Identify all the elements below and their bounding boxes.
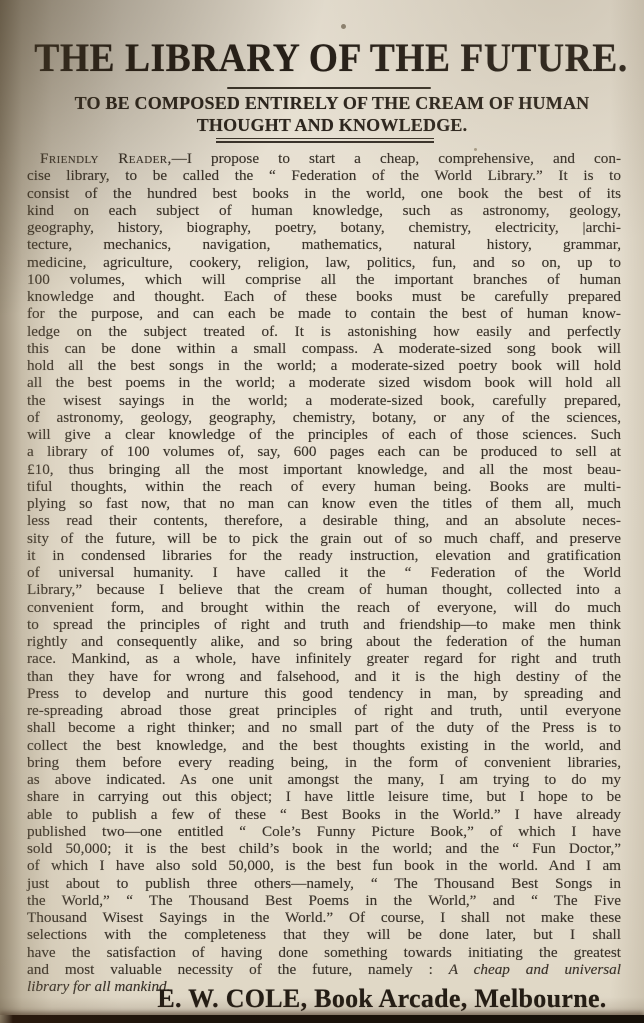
body-line: selections with the completeness that th…: [27, 926, 621, 943]
body-line: Press to develop and nurture this good t…: [27, 685, 621, 702]
body-line: Friendly Reader,—I propose to start a ch…: [27, 150, 621, 167]
body-line: convenient form, and brought within the …: [27, 599, 621, 616]
body-line: geography, history, biography, poetry, b…: [27, 219, 621, 236]
page-title: THE LIBRARY OF THE FUTURE.: [28, 34, 633, 81]
body-line: medicine, agriculture, cookery, religion…: [27, 254, 621, 271]
body-line: £10, thus bringing all the most importan…: [27, 461, 621, 478]
body-line: the World,” “ The Thousand Best Poems in…: [27, 892, 621, 909]
body-line: ledge on the subject treated of. It is a…: [27, 323, 621, 340]
body-line: kind on each subject of human knowledge,…: [27, 202, 621, 219]
paper-speck: [341, 24, 346, 29]
subtitle-line-1: TO BE COMPOSED ENTIRELY OF THE CREAM OF …: [10, 93, 644, 115]
body-line: of universal humanity. I have called it …: [27, 564, 621, 581]
body-line: cise library, to be called the “ Federat…: [27, 167, 621, 184]
body-line: will give a clear knowledge of the princ…: [27, 426, 621, 443]
body-line: have the satisfaction of having done som…: [27, 944, 621, 961]
body-line: published two—one entitled “ Cole’s Funn…: [27, 823, 621, 840]
body-line: tiful thoughts, within the reach of ever…: [27, 478, 621, 495]
body-line: re-spreading abroad those great principl…: [27, 702, 621, 719]
body-line: rightly and consequently alike, and so b…: [27, 633, 621, 650]
photo-bottom-edge: [0, 1015, 644, 1023]
body-line: bring them before every reading being, i…: [27, 754, 621, 771]
body-line: than they have for wrong and falsehood, …: [27, 668, 621, 685]
body-line: of astronomy, geology, geography, chemis…: [27, 409, 621, 426]
body-line: race. Mankind, as a whole, have infinite…: [27, 650, 621, 667]
body-line: knowledge and thought. Each of these boo…: [27, 288, 621, 305]
body-line: the wisest sayings in the world; a moder…: [27, 392, 621, 409]
subtitle-divider-rule: [216, 138, 434, 143]
body-line: able to publish a few of these “ Best Bo…: [27, 806, 621, 823]
body-text: Friendly Reader,—I propose to start a ch…: [27, 150, 621, 995]
body-line: plying so fast now, that no man can know…: [27, 495, 621, 512]
subtitle-line-2: THOUGHT AND KNOWLEDGE.: [10, 115, 644, 137]
scanned-page: THE LIBRARY OF THE FUTURE. TO BE COMPOSE…: [0, 0, 644, 1023]
body-line: as above indicated. As one unit amongst …: [27, 771, 621, 788]
body-line: collect the best knowledge, and the best…: [27, 737, 621, 754]
body-line: of which I have also sold 50,000, is the…: [27, 857, 621, 874]
paper-speck: [474, 148, 477, 151]
signature-line: E. W. COLE, Book Arcade, Melbourne.: [27, 984, 621, 1014]
body-line: shall become a right thinker; and no sma…: [27, 719, 621, 736]
body-line: hold all the best songs in the world; a …: [27, 357, 621, 374]
title-divider-rule: [227, 87, 431, 89]
body-line: a library of 100 volumes of, say, 600 pa…: [27, 443, 621, 460]
body-line: tecture, mechanics, navigation, mathemat…: [27, 236, 621, 253]
body-line: this can be done within a small compass.…: [27, 340, 621, 357]
subtitle: TO BE COMPOSED ENTIRELY OF THE CREAM OF …: [10, 93, 644, 136]
body-line: Thousand Wisest Sayings in the World.” O…: [27, 909, 621, 926]
body-line: 100 volumes, which will comprise all the…: [27, 271, 621, 288]
body-line: less read their contents, therefore, a d…: [27, 512, 621, 529]
body-line: for the purpose, and can each be made to…: [27, 305, 621, 322]
body-line: Library,” because I believe that the cre…: [27, 581, 621, 598]
body-line: share in carrying out this object; I hav…: [27, 788, 621, 805]
body-line: sold 50,000; it is the best child’s book…: [27, 840, 621, 857]
salutation-small-caps: Friendly Reader,: [40, 150, 172, 167]
body-line: to spread the principles of right and tr…: [27, 616, 621, 633]
body-line: just about to publish three others—namel…: [27, 875, 621, 892]
body-line: consist of the hundred best books in the…: [27, 185, 621, 202]
body-line: sity of the future, will be to pick the …: [27, 530, 621, 547]
body-line: all the best poems in the world; a moder…: [27, 374, 621, 391]
body-line: and most valuable necessity of the futur…: [27, 961, 621, 978]
body-line: it in condensed libraries for the ready …: [27, 547, 621, 564]
